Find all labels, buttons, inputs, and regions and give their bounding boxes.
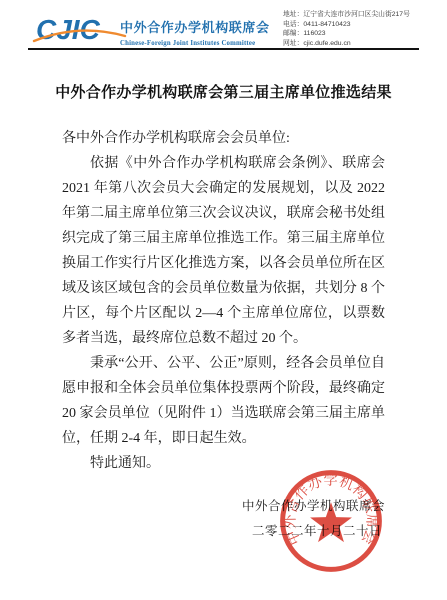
- document-title: 中外合作办学机构联席会第三届主席单位推选结果: [0, 81, 447, 102]
- cjic-logo: CJIC: [36, 11, 122, 51]
- signature-date: 二零二二年十月二十日: [252, 521, 382, 539]
- document-page: CJIC 中外合作办学机构联席会 Chinese-Foreign Joint I…: [0, 0, 447, 600]
- cjic-logo-text: CJIC: [36, 11, 122, 49]
- salutation: 各中外合作办学机构联席会会员单位:: [62, 126, 385, 151]
- contact-phone: 电话：0411-84710423: [283, 20, 410, 30]
- contact-address: 地址：辽宁省大连市沙河口区尖山街217号: [283, 10, 410, 20]
- body-paragraph-2: 秉承“公开、公平、公正”原则，经各会员单位自愿申报和全体会员单位集体投票两个阶段…: [62, 351, 385, 451]
- org-name-block: 中外合作办学机构联席会 Chinese-Foreign Joint Instit…: [120, 17, 280, 47]
- body-paragraph-3: 特此通知。: [62, 451, 385, 476]
- header-divider: [28, 48, 419, 50]
- document-body: 各中外合作办学机构联席会会员单位: 依据《中外合作办学机构联席会条例》、联席会 …: [62, 126, 385, 476]
- contact-block: 地址：辽宁省大连市沙河口区尖山街217号 电话：0411-84710423 邮编…: [283, 10, 410, 48]
- org-name-zh: 中外合作办学机构联席会: [120, 17, 280, 36]
- body-paragraph-1: 依据《中外合作办学机构联席会条例》、联席会 2021 年第八次会员大会确定的发展…: [62, 151, 385, 351]
- contact-postcode: 邮编：116023: [283, 29, 410, 39]
- org-name-en: Chinese-Foreign Joint Institutes Committ…: [120, 40, 280, 47]
- contact-website: 网址：cjic.dufe.edu.cn: [283, 39, 410, 49]
- signature-org: 中外合作办学机构联席会: [242, 496, 385, 514]
